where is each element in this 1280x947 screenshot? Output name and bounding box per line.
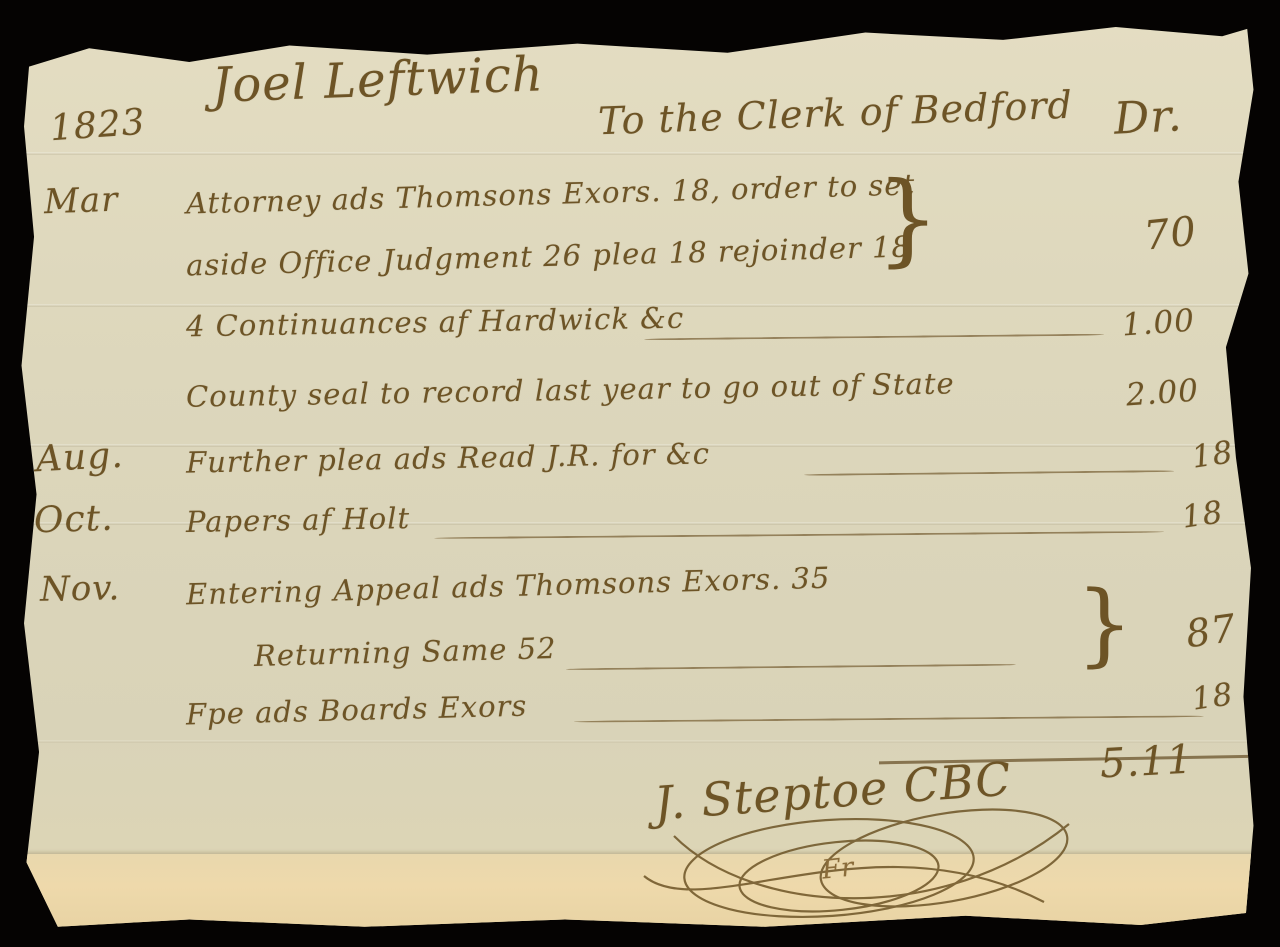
dr-label: Dr. xyxy=(1113,94,1184,142)
entry-2-line-1: 4 Continuances af Hardwick &c xyxy=(186,304,685,342)
entry-1-line-1: Attorney ads Thomsons Exors. 18, order t… xyxy=(186,170,916,218)
entry-5-underline-rule xyxy=(434,531,1164,539)
entry-6-underline-rule xyxy=(566,664,1016,671)
entry-3-line-1: County seal to record last year to go ou… xyxy=(186,369,955,411)
entry-7-line-1: Fpe ads Boards Exors xyxy=(186,692,528,730)
flourish-mark: Fr xyxy=(821,854,856,883)
entry-6-line-1: Entering Appeal ads Thomsons Exors. 35 xyxy=(186,564,831,610)
debtor-name: Joel Leftwich xyxy=(211,50,544,110)
fold-line xyxy=(14,740,1266,743)
entry-7-underline-rule xyxy=(574,715,1204,722)
margin-month-mar: Mar xyxy=(43,183,118,220)
entry-4-line-1: Further plea ads Read J.R. for &c xyxy=(186,439,710,477)
margin-year: 1823 xyxy=(49,105,147,148)
total-amount: 5.11 xyxy=(1099,740,1194,785)
fold-line xyxy=(14,152,1266,155)
entry-4-amount: 18 xyxy=(1190,437,1235,473)
entry-1-amount: 70 xyxy=(1142,211,1199,256)
margin-month-nov: Nov. xyxy=(40,571,121,606)
entry-2-underline-rule xyxy=(644,334,1104,341)
margin-month-oct: Oct. xyxy=(33,501,114,540)
entry-5-amount: 18 xyxy=(1180,497,1225,533)
entry-5-line-1: Papers af Holt xyxy=(186,504,411,537)
entry-1-line-2: aside Office Judgment 26 plea 18 rejoind… xyxy=(186,233,912,281)
photograph-of-document: Joel Leftwich To the Clerk of Bedford Dr… xyxy=(0,0,1280,947)
margin-month-aug: Aug. xyxy=(35,438,124,479)
paper-sheet: Joel Leftwich To the Clerk of Bedford Dr… xyxy=(14,16,1266,936)
entry-7-amount: 18 xyxy=(1190,679,1235,715)
creditor-line: To the Clerk of Bedford xyxy=(597,86,1073,141)
entry-1-brace: } xyxy=(876,174,940,264)
entry-6-amount: 87 xyxy=(1184,609,1239,654)
entry-4-underline-rule xyxy=(804,470,1174,476)
entry-6-brace: } xyxy=(1076,584,1133,665)
entry-6-line-2: Returning Same 52 xyxy=(254,634,557,671)
entry-2-amount: 1.00 xyxy=(1121,305,1196,341)
entry-3-amount: 2.00 xyxy=(1125,375,1200,411)
